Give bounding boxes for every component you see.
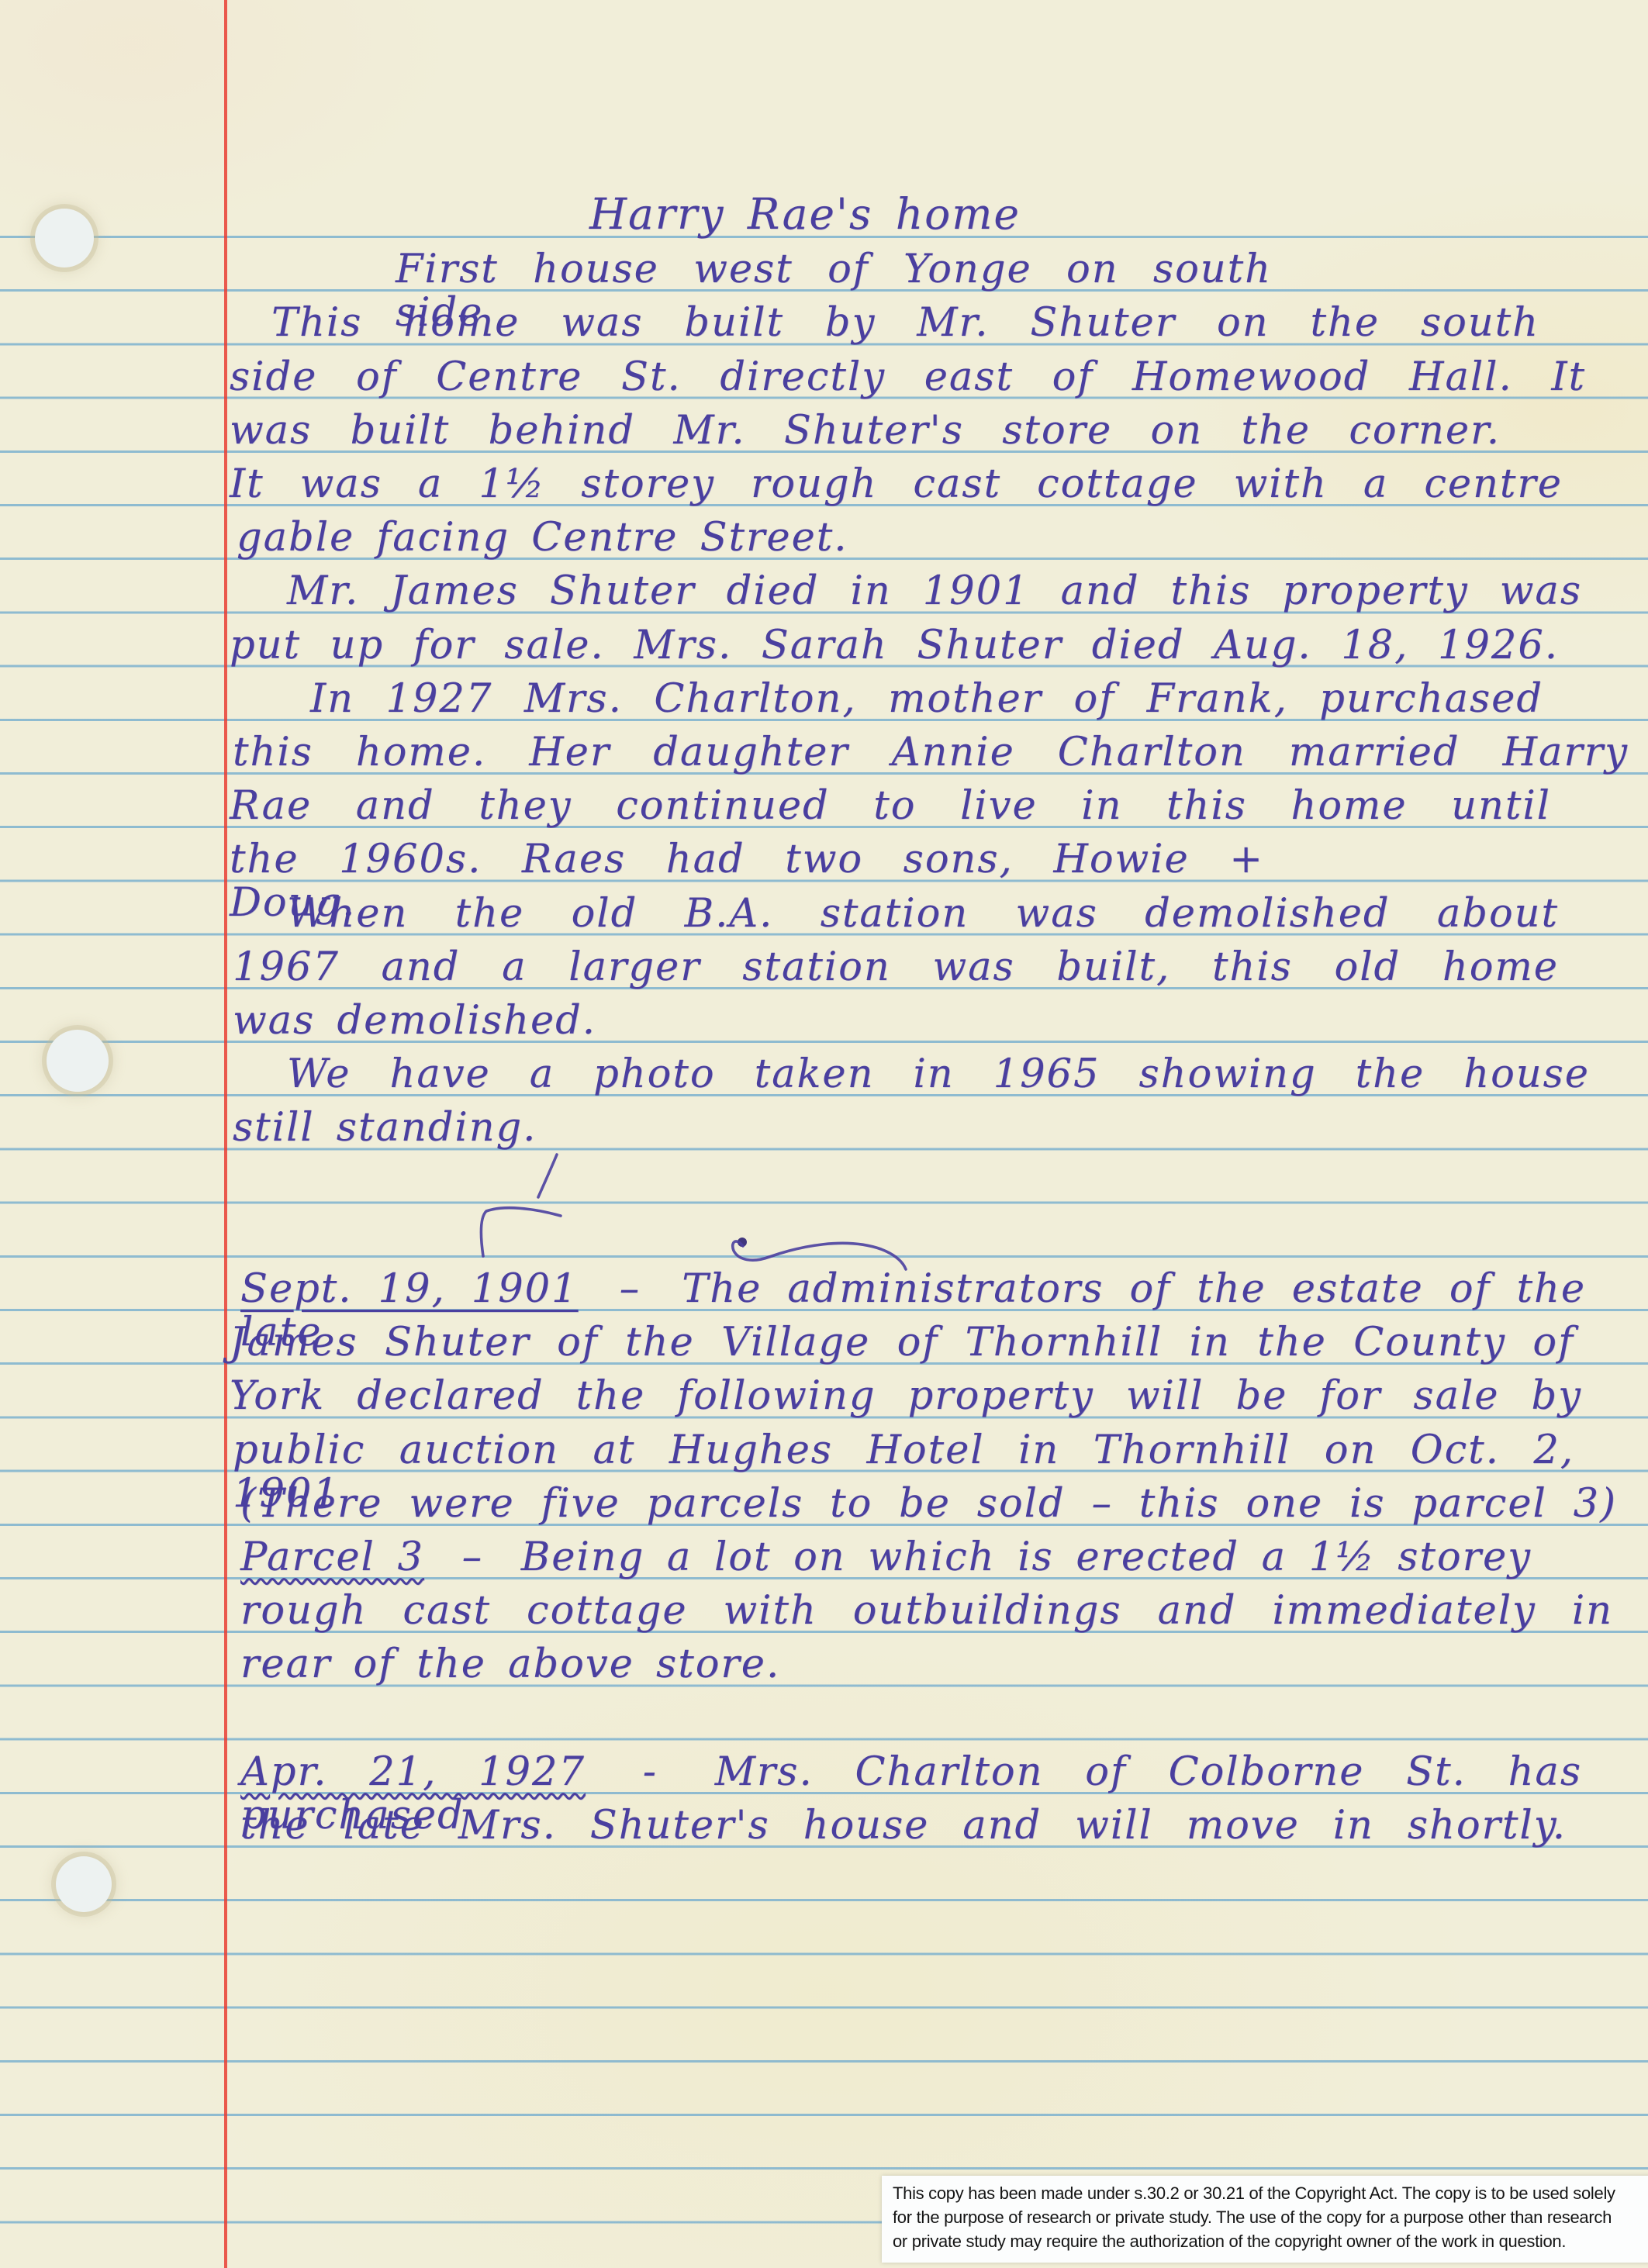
underlined-date: Sept. 19, 1901 [240,1266,579,1312]
stamp-text-line: This copy has been made under s.30.2 or … [893,2181,1648,2205]
handwritten-line: rear of the above store. [240,1643,780,1686]
notebook-page: Harry Rae's home First house west of Yon… [0,0,1648,2268]
handwritten-line: public auction at Hughes Hotel in Thornh… [233,1429,1574,1472]
underlined-date: Apr. 21, 1927 [240,1749,586,1795]
handwritten-line: was demolished. [233,999,596,1043]
handwritten-line: still standing. [233,1106,537,1150]
handwritten-line: rough cast cottage with outbuildings and… [240,1590,1613,1633]
handwritten-line: was built behind Mr. Shuter's store on t… [230,409,1501,453]
handwritten-line-parcel: Parcel 3 – Being a lot on which is erect… [240,1536,1532,1579]
handwritten-line: side of Centre St. directly east of Home… [230,356,1586,399]
punch-hole-top [35,209,94,268]
handwritten-line: 1967 and a larger station was built, thi… [233,946,1559,989]
handwritten-line: When the old B.A. station was demolished… [287,892,1559,936]
pen-stroke-slash [534,1152,565,1200]
handwritten-line: the late Mrs. Shuter's house and will mo… [240,1804,1567,1848]
copyright-stamp: This copy has been made under s.30.2 or … [882,2176,1648,2263]
punch-hole-bottom [56,1856,112,1912]
pen-stroke-bracket [477,1203,566,1259]
handwritten-line: It was a 1½ storey rough cast cottage wi… [230,463,1563,506]
handwritten-line: Mr. James Shuter died in 1901 and this p… [287,570,1582,613]
dash: – [462,1534,484,1580]
dash: – [620,1266,641,1312]
punch-hole-middle [47,1030,109,1092]
handwritten-line-entry1-date: Sept. 19, 1901 – The administrators of t… [240,1268,1586,1311]
handwritten-line: gable facing Centre Street. [237,516,848,560]
handwritten-line: James Shuter of the Village of Thornhill… [230,1321,1574,1365]
margin-line [224,0,227,2268]
document-title: Harry Rae's home [589,192,1021,236]
handwritten-line: (There were five parcels to be sold – th… [240,1483,1617,1526]
handwritten-line: We have a photo taken in 1965 showing th… [287,1053,1590,1096]
entry-text: Being a lot on which is erected a 1½ sto… [521,1534,1532,1580]
handwritten-line: In 1927 Mrs. Charlton, mother of Frank, … [310,678,1543,721]
stamp-text-line: for the purpose of research or private s… [893,2205,1648,2229]
handwritten-line: York declared the following property wil… [230,1375,1582,1418]
stamp-text-line: or private study may require the authori… [893,2229,1648,2253]
handwritten-line: the 1960s. Raes had two sons, Howie + Do… [230,838,1264,882]
handwritten-line: this home. Her daughter Annie Charlton m… [233,731,1629,775]
handwritten-line-entry2-date: Apr. 21, 1927 - Mrs. Charlton of Colborn… [240,1751,1582,1794]
handwritten-line: put up for sale. Mrs. Sarah Shuter died … [230,624,1559,668]
dash: - [643,1749,658,1795]
handwritten-line: This home was built by Mr. Shuter on the… [271,302,1539,345]
underlined-parcel-label: Parcel 3 [240,1534,424,1580]
handwritten-line: Rae and they continued to live in this h… [230,785,1551,828]
document-subtitle: First house west of Yonge on south side [396,248,1272,292]
